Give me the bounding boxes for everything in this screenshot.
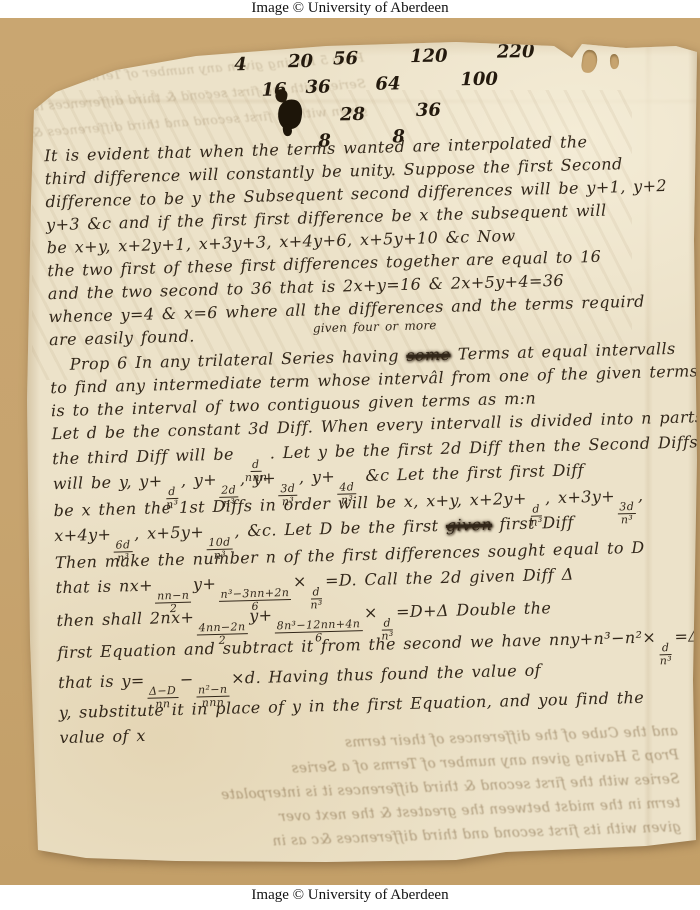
number-value: 220 xyxy=(497,41,535,63)
paper-sheet: Prop 5 Having given any number of Terms … xyxy=(26,40,698,862)
number-value: 4 xyxy=(234,54,247,75)
bleedthrough-line: Series with the first second & third dif… xyxy=(59,767,679,813)
bleedthrough-line: the next page xyxy=(62,839,682,885)
photo-mat-background: Prop 5 Having given any number of Terms … xyxy=(0,18,700,885)
credit-line-top: Image © University of Aberdeen xyxy=(0,0,700,18)
number-value: 36 xyxy=(305,77,330,98)
bleedthrough-line: given with its first second and third di… xyxy=(61,815,681,861)
bleedthrough-line: Prop 5 Having given any number of Terms … xyxy=(59,743,679,789)
number-value: 20 xyxy=(288,51,313,72)
manuscript-text: It is evident that when the terms wanted… xyxy=(36,128,697,750)
ink-blot xyxy=(275,97,304,131)
number-value: 36 xyxy=(416,100,441,121)
number-value: 56 xyxy=(333,48,358,69)
number-value: 28 xyxy=(340,104,365,125)
bleedthrough-line: term in the midst between the greatest &… xyxy=(60,791,680,837)
number-value: 120 xyxy=(410,45,448,67)
number-value: 100 xyxy=(460,69,498,91)
number-value: 64 xyxy=(375,73,400,94)
credit-line-bottom: Image © University of Aberdeen xyxy=(0,885,700,910)
manuscript-page: Prop 5 Having given any number of Terms … xyxy=(26,40,698,862)
